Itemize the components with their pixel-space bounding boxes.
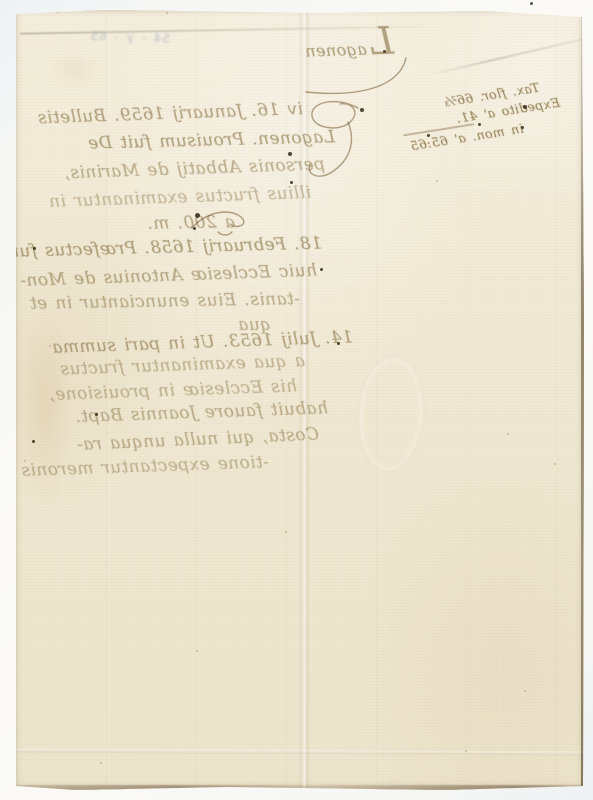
ink-spot [337,342,340,345]
page-right-edge [581,10,584,790]
foxing-speck [524,690,526,692]
ink-spot [521,126,524,129]
foxing-speck [436,180,438,182]
foxing-speck [166,12,168,14]
ink-spot [195,213,200,218]
manuscript-page: 54 - y - 65 Lagonen Tax. flor. 66⅔Expedi… [16,10,584,790]
tax-annotation: Tax. flor. 66⅔Expedito a' 41.in mon. a' … [392,75,571,157]
foxing-speck [554,463,556,465]
manuscript-line: huic Ecclesiæ Antonius de Mon- [28,259,354,290]
foxing-speck [100,762,102,764]
ink-spot [288,152,292,156]
scanner-bed: 54 - y - 65 Lagonen Tax. flor. 66⅔Expedi… [0,0,593,800]
ink-spot [478,123,481,126]
paper-watermark [356,356,426,472]
ink-spot [523,105,527,109]
manuscript-line: 18. Februarij 1658. Præfectus fuit [28,233,353,262]
foxing-speck [49,345,51,347]
foxing-speck [507,433,509,435]
ink-spot [95,413,98,416]
diagonal-crease [426,38,586,76]
ink-spot [33,247,36,250]
bottom-fold-crease [16,749,584,756]
paraph-flourish-icon [188,206,250,236]
scanner-speck [530,2,533,5]
ink-spot [320,268,323,271]
manuscript-line: -tanis. Eius enunciantur in et [28,288,353,314]
foxing-speck [285,531,287,533]
foxing-speck [24,460,26,462]
ink-spot [290,181,293,184]
ink-spot [383,50,386,53]
foxing-speck [56,10,59,13]
ink-spot [32,440,35,443]
ink-spot [427,134,430,137]
page-bottom-edge [16,785,584,790]
foxing-speck [465,750,467,752]
ink-spot [193,227,196,230]
archival-pencil-mark: 54 - y - 65 [70,28,170,45]
initial-swash-icon [292,98,372,193]
ink-spot [360,108,364,112]
heading-swash-tail-icon [300,50,412,102]
foxing-speck [196,650,198,652]
top-left-stain [42,48,108,92]
